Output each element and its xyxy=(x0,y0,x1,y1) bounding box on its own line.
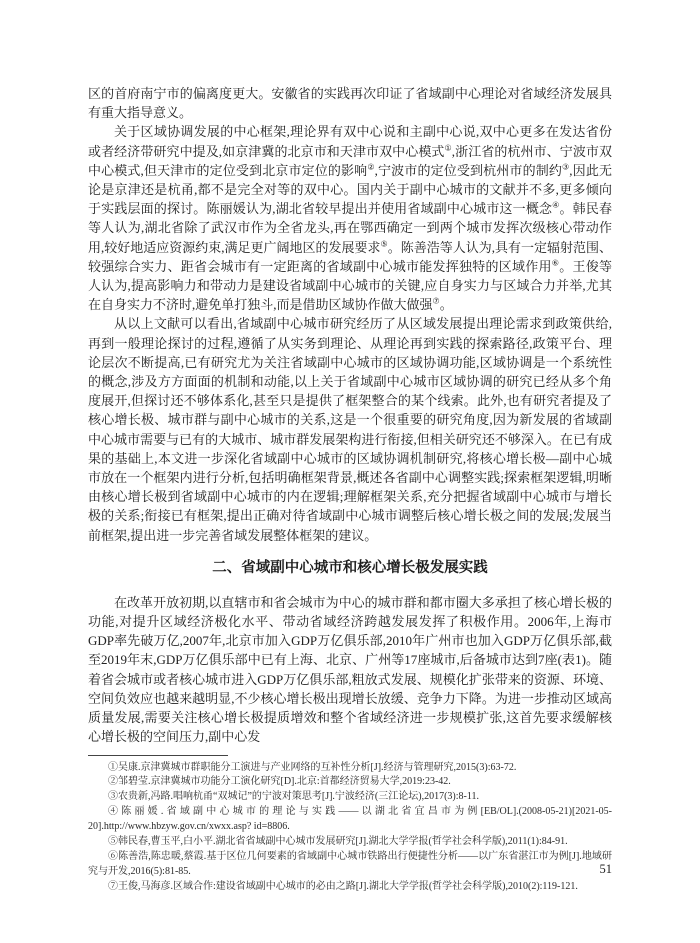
footnote-2: ②邹碧莹.京津冀城市功能分工演化研究[D].北京:首都经济贸易大学,2019:2… xyxy=(88,775,612,790)
footnote-reference-marker: ④ xyxy=(552,201,559,210)
footnotes-block: ①吴康.京津冀城市群职能分工演进与产业网络的互补性分析[J].经济与管理研究,2… xyxy=(88,761,612,895)
footnote-7: ⑦王俊,马海彦.区域合作:建设省域副中心城市的必由之路[J].湖北大学学报(哲学… xyxy=(88,880,612,895)
page-number: 51 xyxy=(600,862,613,877)
footnote-reference-marker: ② xyxy=(367,162,374,171)
footnote-4: ④陈丽媛.省域副中心城市的理论与实践——以湖北省宜昌市为例[EB/OL].(20… xyxy=(88,805,612,835)
footnote-separator xyxy=(88,755,228,756)
body-paragraph-3: 从以上文献可以看出,省域副中心城市研究经历了从区域发展提出理论需求到政策供给,再… xyxy=(88,314,612,544)
footnote-6: ⑥陈善浩,陈忠暖,蔡霞.基于区位几何要素的省域副中心城市铁路出行便捷性分析——以… xyxy=(88,850,612,880)
footnote-reference-marker: ⑤ xyxy=(381,239,388,248)
footnote-reference-marker: ③ xyxy=(562,162,569,171)
paper-page: 区的首府南宁市的偏离度更大。安徽省的实践再次印证了省域副中心理论对省域经济发展具… xyxy=(0,0,700,943)
page-content: 区的首府南宁市的偏离度更大。安徽省的实践再次印证了省域副中心理论对省域经济发展具… xyxy=(88,84,612,895)
section-heading: 二、省域副中心城市和核心增长极发展实践 xyxy=(88,557,612,579)
footnote-1: ①吴康.京津冀城市群职能分工演进与产业网络的互补性分析[J].经济与管理研究,2… xyxy=(88,761,612,776)
footnote-reference-marker: ① xyxy=(445,143,452,152)
body-paragraph-4: 在改革开放初期,以直辖市和省会城市为中心的城市群和都市圈大多承担了核心增长极的功… xyxy=(88,593,612,747)
body-paragraph-2: 关于区域协调发展的中心框架,理论界有双中心说和主副中心说,双中心更多在发达省份或… xyxy=(88,122,612,314)
footnote-reference-marker: ⑥ xyxy=(552,259,559,268)
footnote-reference-marker: ⑦ xyxy=(433,297,440,306)
body-paragraph-continuation: 区的首府南宁市的偏离度更大。安徽省的实践再次印证了省域副中心理论对省域经济发展具… xyxy=(88,84,612,122)
footnote-5: ⑤韩民春,曹玉平,白小平.湖北省省域副中心城市发展研究[J].湖北大学学报(哲学… xyxy=(88,835,612,850)
footnote-3: ③农贵新,冯路.唱响杭甬“双城记”的宁波对策思考[J].宁波经济(三江论坛),2… xyxy=(88,790,612,805)
